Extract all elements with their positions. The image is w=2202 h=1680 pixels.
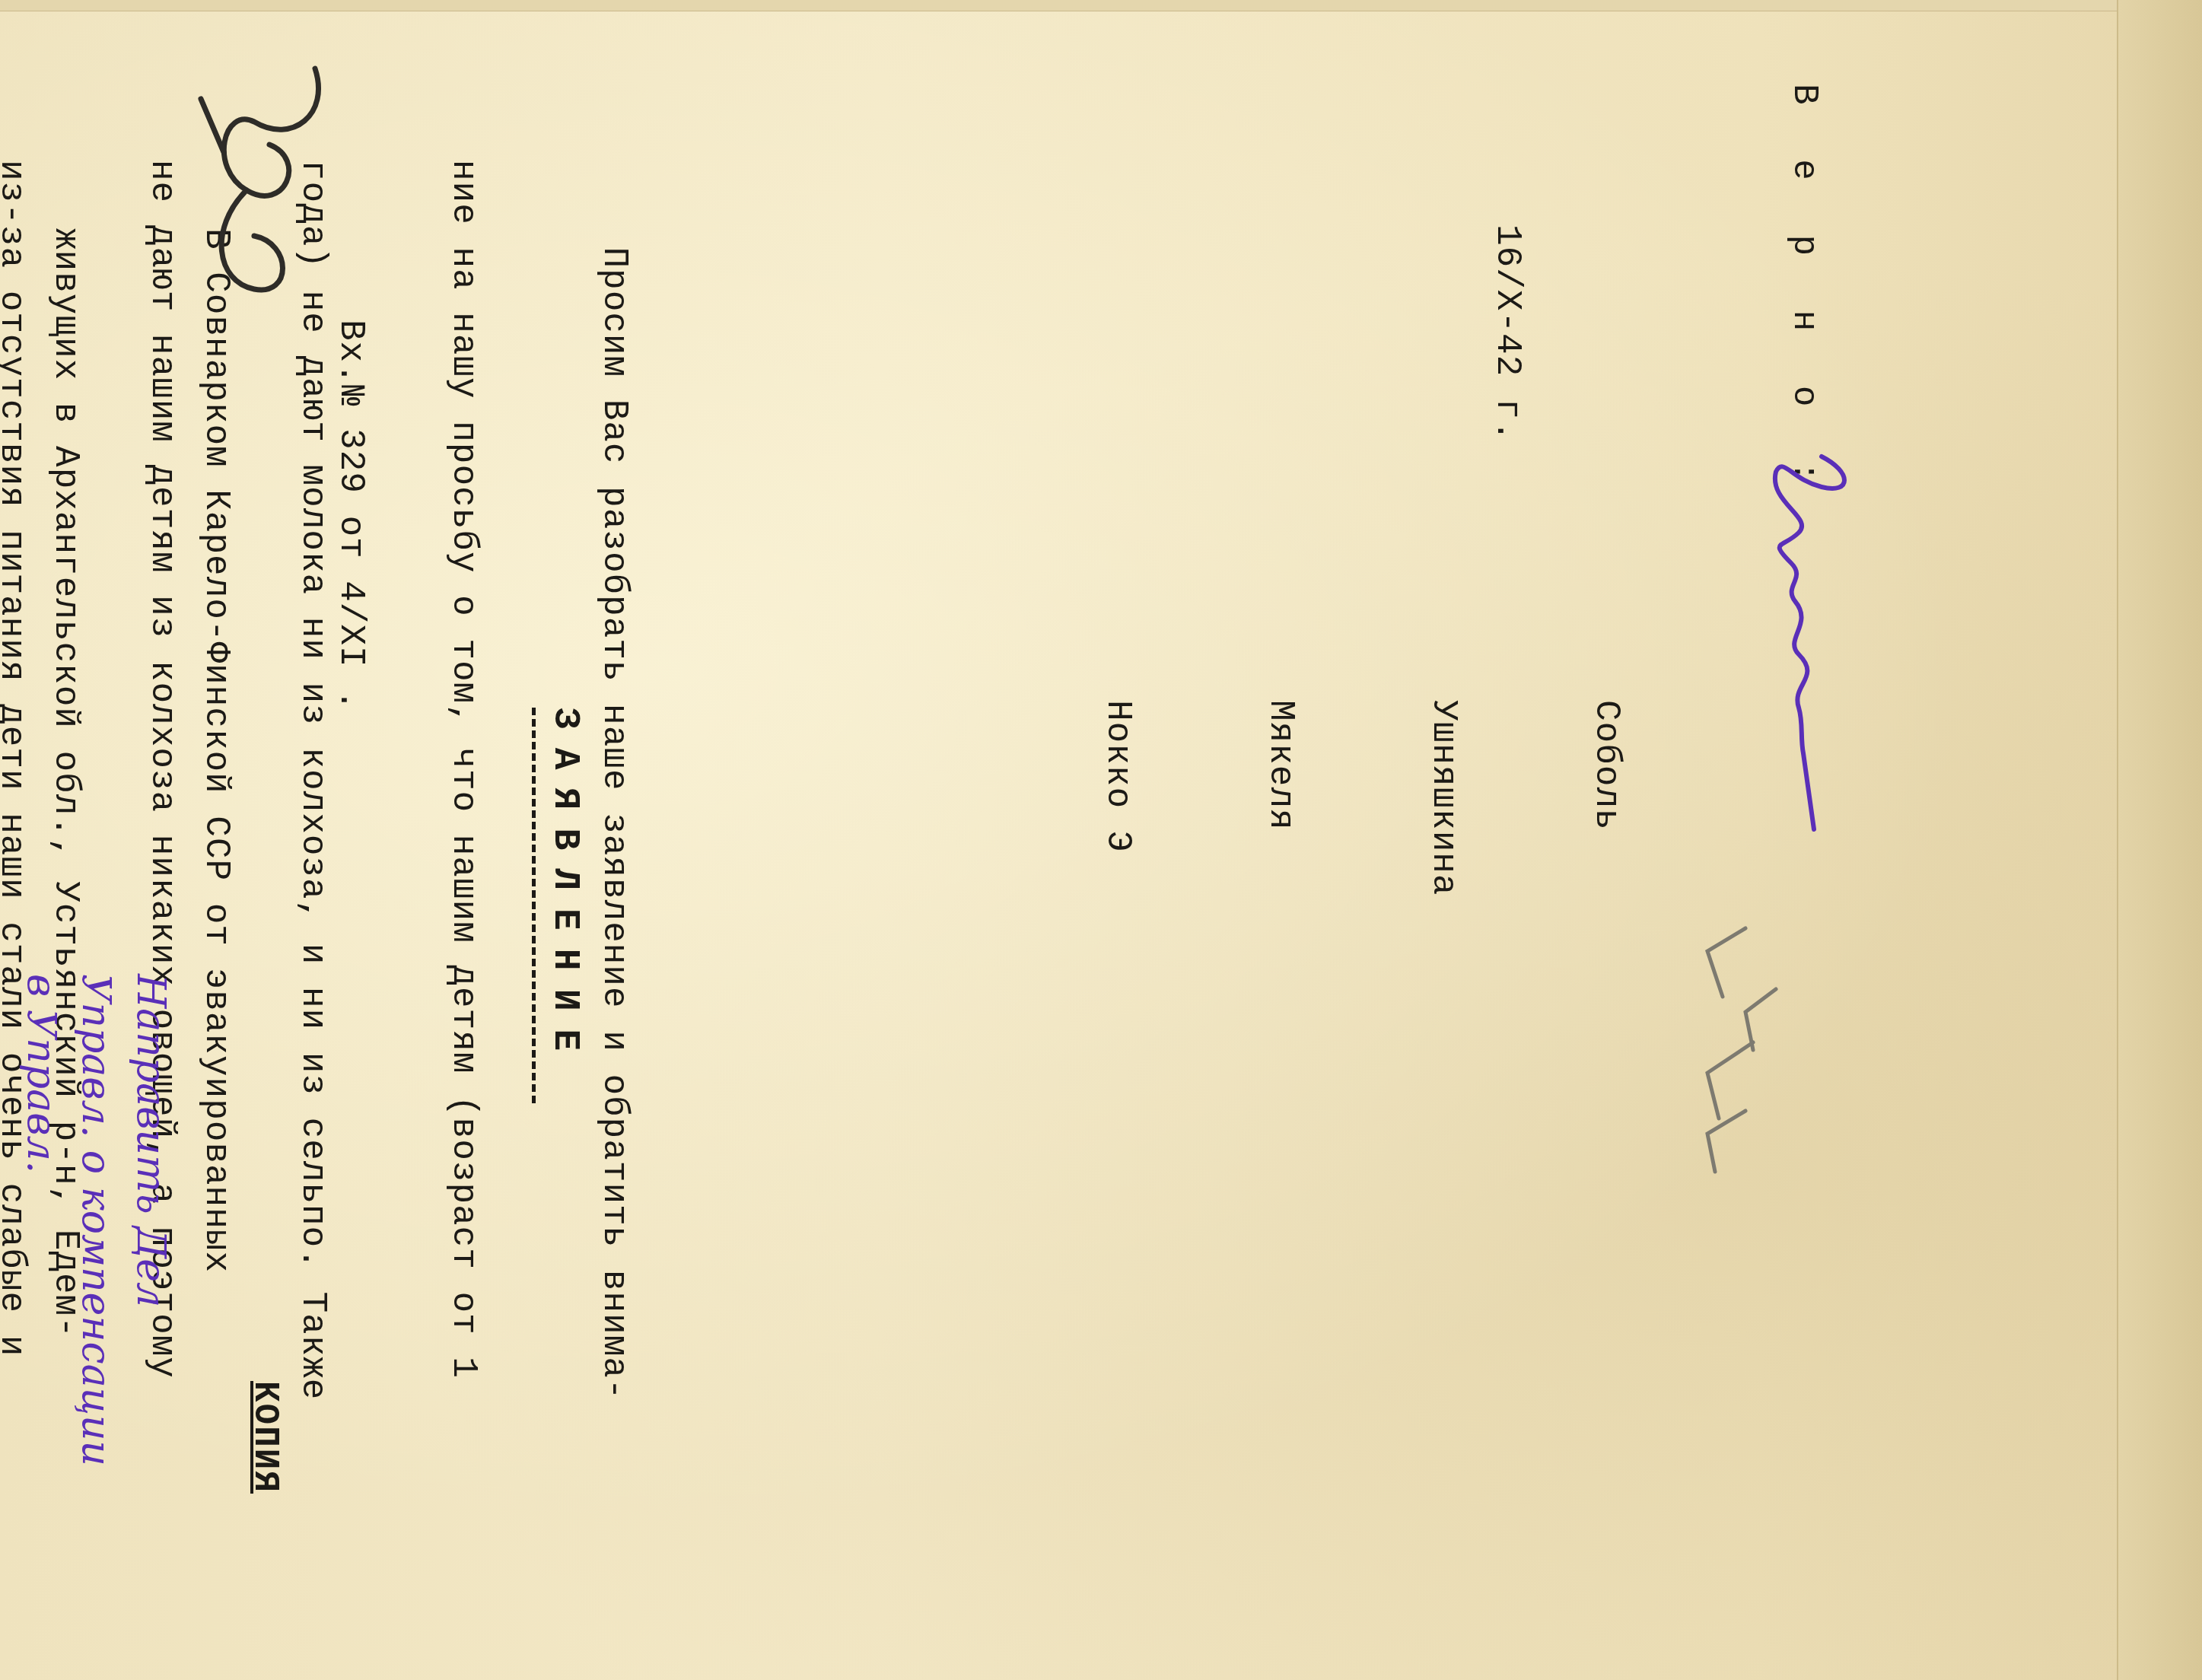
pencil-checkmarks-icon bbox=[1677, 921, 1791, 1179]
signatory-name: Соболь bbox=[1575, 700, 1637, 896]
body-line: не дают нашим детям из колхоза никаких о… bbox=[137, 160, 187, 1465]
body-line: Просим Вас разобрать наше заявление и об… bbox=[589, 160, 639, 1465]
body-line: ние на нашу просьбу о том, что нашим дет… bbox=[438, 160, 488, 1465]
body-line: из-за отсутствия питания дети наши стали… bbox=[0, 160, 37, 1465]
signatory-name: Ушняшкина bbox=[1412, 700, 1475, 896]
body-line: года) не дают молока ни из колхоза, и ни… bbox=[288, 160, 338, 1465]
signatory-name: Мякеля bbox=[1249, 700, 1312, 896]
signatories-list: Соболь Ушняшкина Мякеля Нокко Э bbox=[986, 700, 1738, 896]
certification-signature-icon bbox=[1745, 449, 1867, 845]
document-page: КОПИЯ Вх.№ 329 от 4/XI . В Совнарком Кар… bbox=[0, 0, 2202, 1680]
document-body: Просим Вас разобрать наше заявление и об… bbox=[0, 160, 840, 1465]
document-date: 16/X-42 г. bbox=[1482, 224, 1532, 442]
paragraph-request-milk: Просим Вас разобрать наше заявление и об… bbox=[0, 160, 740, 1465]
signatory-name: Нокко Э bbox=[1087, 700, 1149, 896]
certification-label: В е р н о : bbox=[1779, 84, 1829, 499]
